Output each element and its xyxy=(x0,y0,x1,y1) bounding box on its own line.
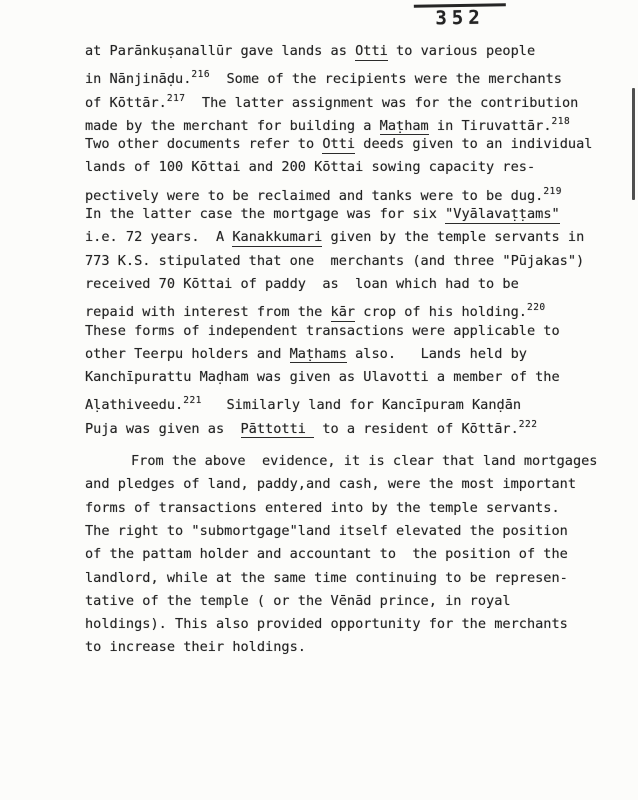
text-line: of the pattam holder and accountant to t… xyxy=(85,543,595,566)
text-line: From the above evidence, it is clear tha… xyxy=(85,450,595,473)
text-segment: in Nānjināḍu. xyxy=(85,71,191,87)
text-segment: to a resident of Kōttār. xyxy=(314,421,519,437)
underlined-term: Pāttotti xyxy=(241,421,315,439)
footnote-ref: 219 xyxy=(543,186,562,197)
footnote-ref: 220 xyxy=(527,302,546,313)
text-segment: to various people xyxy=(388,43,535,59)
text-line: landlord, while at the same time continu… xyxy=(85,567,595,590)
text-line: forms of transactions entered into by th… xyxy=(85,497,595,520)
text-segment: From the above evidence, it is clear tha… xyxy=(131,453,598,469)
text-line: Aḷathiveedu.221 Similarly land for Kancī… xyxy=(85,389,595,412)
scan-artifact-right-edge xyxy=(632,88,635,200)
text-line: at Parānkuṣanallūr gave lands as Otti to… xyxy=(85,40,595,63)
text-segment: Kanchīpurattu Maḍham was given as Ulavot… xyxy=(85,369,560,385)
footnote-ref: 217 xyxy=(167,93,186,104)
text-line: i.e. 72 years. A Kanakkumari given by th… xyxy=(85,226,595,249)
text-line: repaid with interest from the kār crop o… xyxy=(85,296,595,319)
page-number: 352 xyxy=(414,3,506,29)
text-line: These forms of independent transactions … xyxy=(85,320,595,343)
text-segment: i.e. 72 years. A xyxy=(85,229,232,245)
text-segment: Aḷathiveedu. xyxy=(85,397,183,413)
text-segment: received 70 Kōttai of paddy as loan whic… xyxy=(85,276,519,292)
text-segment: forms of transactions entered into by th… xyxy=(85,500,560,516)
text-line: to increase their holdings. xyxy=(85,636,595,659)
text-segment: other Teerpu holders and xyxy=(85,346,290,362)
text-segment: in Tiruvattār. xyxy=(429,118,552,134)
text-line: other Teerpu holders and Maṭhams also. L… xyxy=(85,343,595,366)
text-segment: to increase their holdings. xyxy=(85,639,306,655)
text-segment: The latter assignment was for the contri… xyxy=(186,95,579,111)
text-segment: holdings). This also provided opportunit… xyxy=(85,616,568,632)
text-segment: of Kōttār. xyxy=(85,95,167,111)
text-segment: made by the merchant for building a xyxy=(85,118,380,134)
text-segment: crop of his holding. xyxy=(355,304,527,320)
document-body: at Parānkuṣanallūr gave lands as Otti to… xyxy=(85,40,595,660)
text-segment: given by the temple servants in xyxy=(322,229,584,245)
text-line: of Kōttār.217 The latter assignment was … xyxy=(85,87,595,110)
text-line: pectively were to be reclaimed and tanks… xyxy=(85,180,595,203)
text-segment: These forms of independent transactions … xyxy=(85,323,560,339)
underlined-term: Otti xyxy=(355,43,388,61)
text-line: tative of the temple ( or the Vēnād prin… xyxy=(85,590,595,613)
footnote-ref: 216 xyxy=(191,69,210,80)
text-segment: of the pattam holder and accountant to t… xyxy=(85,546,568,562)
text-segment: In the latter case the mortgage was for … xyxy=(85,206,445,222)
text-line: Puja was given as Pāttotti to a resident… xyxy=(85,413,595,436)
text-line: Kanchīpurattu Maḍham was given as Ulavot… xyxy=(85,366,595,389)
text-line: In the latter case the mortgage was for … xyxy=(85,203,595,226)
text-segment: Some of the recipients were the merchant… xyxy=(210,71,562,87)
text-line: Two other documents refer to Otti deeds … xyxy=(85,133,595,156)
text-segment: pectively were to be reclaimed and tanks… xyxy=(85,188,543,204)
text-segment: and pledges of land, paddy,and cash, wer… xyxy=(85,476,576,492)
underlined-term: Kanakkumari xyxy=(232,229,322,247)
underlined-term: Otti xyxy=(322,136,355,154)
underlined-term: Maṭhams xyxy=(290,346,347,364)
footnote-ref: 222 xyxy=(519,419,538,430)
text-line: The right to "submortgage"land itself el… xyxy=(85,520,595,543)
footnote-ref: 218 xyxy=(552,116,571,127)
text-segment: 773 K.S. stipulated that one merchants (… xyxy=(85,253,584,269)
text-segment: also. Lands held by xyxy=(347,346,527,362)
text-segment: Similarly land for Kancīpuram Kanḍān xyxy=(202,397,521,413)
text-segment: landlord, while at the same time continu… xyxy=(85,570,568,586)
text-line: lands of 100 Kōttai and 200 Kōttai sowin… xyxy=(85,156,595,179)
paragraph: at Parānkuṣanallūr gave lands as Otti to… xyxy=(85,40,595,436)
underlined-term: "Vyālavaṭṭams" xyxy=(445,206,560,224)
text-line: received 70 Kōttai of paddy as loan whic… xyxy=(85,273,595,296)
text-segment: deeds given to an individual xyxy=(355,136,592,152)
text-segment: repaid with interest from the xyxy=(85,304,331,320)
text-segment: lands of 100 Kōttai and 200 Kōttai sowin… xyxy=(85,159,535,175)
text-line: made by the merchant for building a Maṭh… xyxy=(85,110,595,133)
paragraph: From the above evidence, it is clear tha… xyxy=(85,450,595,660)
text-line: 773 K.S. stipulated that one merchants (… xyxy=(85,250,595,273)
text-line: and pledges of land, paddy,and cash, wer… xyxy=(85,473,595,496)
page: 352 at Parānkuṣanallūr gave lands as Ott… xyxy=(0,0,638,800)
text-segment: Two other documents refer to xyxy=(85,136,322,152)
text-line: holdings). This also provided opportunit… xyxy=(85,613,595,636)
text-segment: at Parānkuṣanallūr gave lands as xyxy=(85,43,355,59)
text-line: in Nānjināḍu.216 Some of the recipients … xyxy=(85,63,595,86)
text-segment: The right to "submortgage"land itself el… xyxy=(85,523,568,539)
text-segment: tative of the temple ( or the Vēnād prin… xyxy=(85,593,511,609)
text-segment: Puja was given as xyxy=(85,421,241,437)
footnote-ref: 221 xyxy=(183,395,202,406)
